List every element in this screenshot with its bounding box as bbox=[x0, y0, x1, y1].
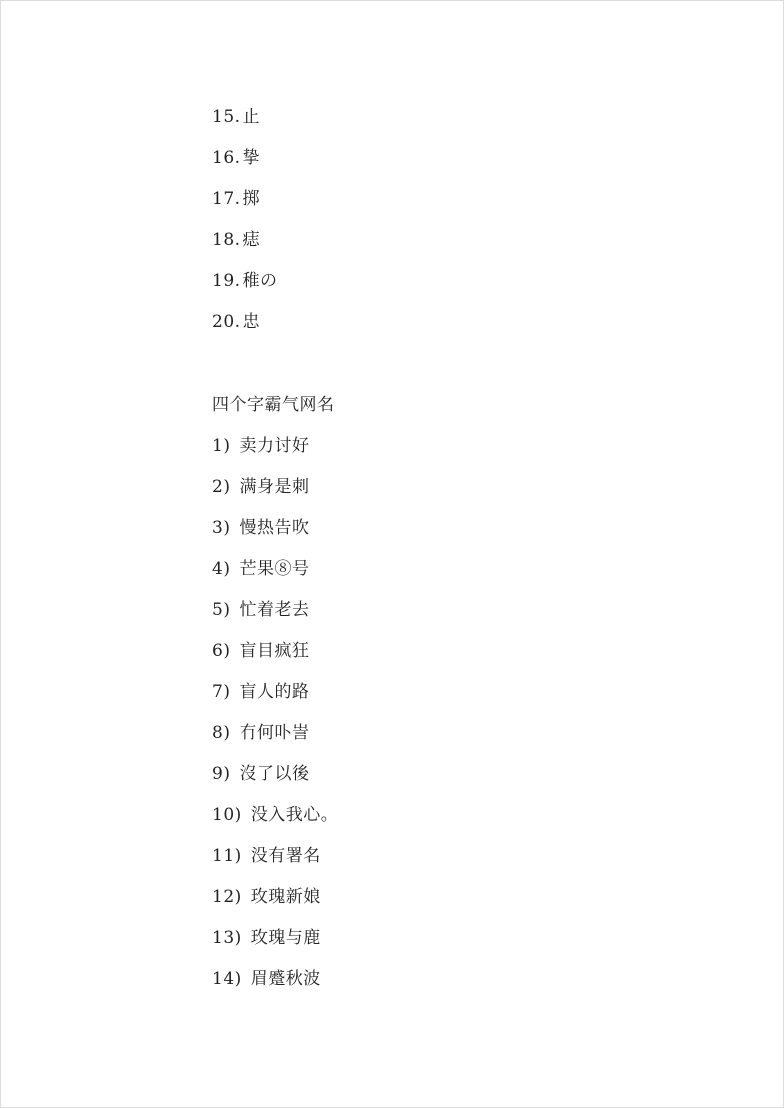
item-number: 8) bbox=[212, 723, 230, 743]
item-number: 11) bbox=[212, 846, 242, 866]
list-item: 14)眉蹙秋波 bbox=[212, 968, 321, 990]
list-item: 11)没有署名 bbox=[212, 845, 321, 867]
item-number: 3) bbox=[212, 518, 230, 538]
item-number: 16. bbox=[212, 148, 241, 168]
list-item: 9)沒了以後 bbox=[212, 763, 309, 785]
list-item: 20.忠 bbox=[212, 311, 260, 333]
item-text: 玫瑰新娘 bbox=[251, 887, 321, 907]
item-number: 18. bbox=[212, 230, 241, 250]
item-number: 5) bbox=[212, 600, 230, 620]
item-text: 掷 bbox=[243, 189, 261, 209]
item-text: 冇何卟訔 bbox=[239, 723, 309, 743]
item-number: 14) bbox=[212, 969, 242, 989]
item-text: 玫瑰与鹿 bbox=[251, 928, 321, 948]
item-number: 20. bbox=[212, 312, 241, 332]
list-item: 18.痣 bbox=[212, 229, 260, 251]
item-text: 没有署名 bbox=[251, 846, 321, 866]
list-item: 5)忙着老去 bbox=[212, 599, 309, 621]
list-item: 15.止 bbox=[212, 106, 260, 128]
item-text: 满身是刺 bbox=[239, 477, 309, 497]
item-text: 沒了以後 bbox=[239, 764, 309, 784]
list-item: 13)玫瑰与鹿 bbox=[212, 927, 321, 949]
item-number: 2) bbox=[212, 477, 230, 497]
item-number: 15. bbox=[212, 107, 241, 127]
list-item: 16.挚 bbox=[212, 147, 260, 169]
list-item: 17.掷 bbox=[212, 188, 260, 210]
item-number: 4) bbox=[212, 559, 230, 579]
item-text: 慢热告吹 bbox=[239, 518, 309, 538]
item-text: 没入我心。 bbox=[251, 805, 339, 825]
item-number: 10) bbox=[212, 805, 242, 825]
list-item: 10)没入我心。 bbox=[212, 804, 338, 826]
item-number: 19. bbox=[212, 271, 241, 291]
item-text: 痣 bbox=[243, 230, 261, 250]
item-text: 忠 bbox=[243, 312, 261, 332]
list-item: 7)盲人的路 bbox=[212, 681, 309, 703]
item-text: 芒果⑧号 bbox=[239, 559, 309, 579]
item-number: 6) bbox=[212, 641, 230, 661]
list-item: 6)盲目疯狂 bbox=[212, 640, 309, 662]
list-item: 2)满身是刺 bbox=[212, 476, 309, 498]
list-item: 3)慢热告吹 bbox=[212, 517, 309, 539]
item-number: 13) bbox=[212, 928, 242, 948]
item-text: 止 bbox=[243, 107, 261, 127]
item-text: 稚の bbox=[243, 271, 278, 291]
item-text: 忙着老去 bbox=[239, 600, 309, 620]
item-number: 17. bbox=[212, 189, 241, 209]
list-item: 8)冇何卟訔 bbox=[212, 722, 309, 744]
item-text: 卖力讨好 bbox=[239, 436, 309, 456]
item-number: 1) bbox=[212, 436, 230, 456]
item-text: 眉蹙秋波 bbox=[251, 969, 321, 989]
item-number: 12) bbox=[212, 887, 242, 907]
document-page: 15.止 16.挚 17.掷 18.痣 19.稚の 20.忠 四个字霸气网名 1… bbox=[0, 0, 784, 1108]
item-text: 挚 bbox=[243, 148, 261, 168]
list-item: 12)玫瑰新娘 bbox=[212, 886, 321, 908]
item-number: 9) bbox=[212, 764, 230, 784]
section-heading: 四个字霸气网名 bbox=[212, 394, 335, 416]
list-item: 4)芒果⑧号 bbox=[212, 558, 309, 580]
list-item: 19.稚の bbox=[212, 270, 278, 292]
list-item: 1)卖力讨好 bbox=[212, 435, 309, 457]
item-text: 盲人的路 bbox=[239, 682, 309, 702]
item-number: 7) bbox=[212, 682, 230, 702]
item-text: 盲目疯狂 bbox=[239, 641, 309, 661]
